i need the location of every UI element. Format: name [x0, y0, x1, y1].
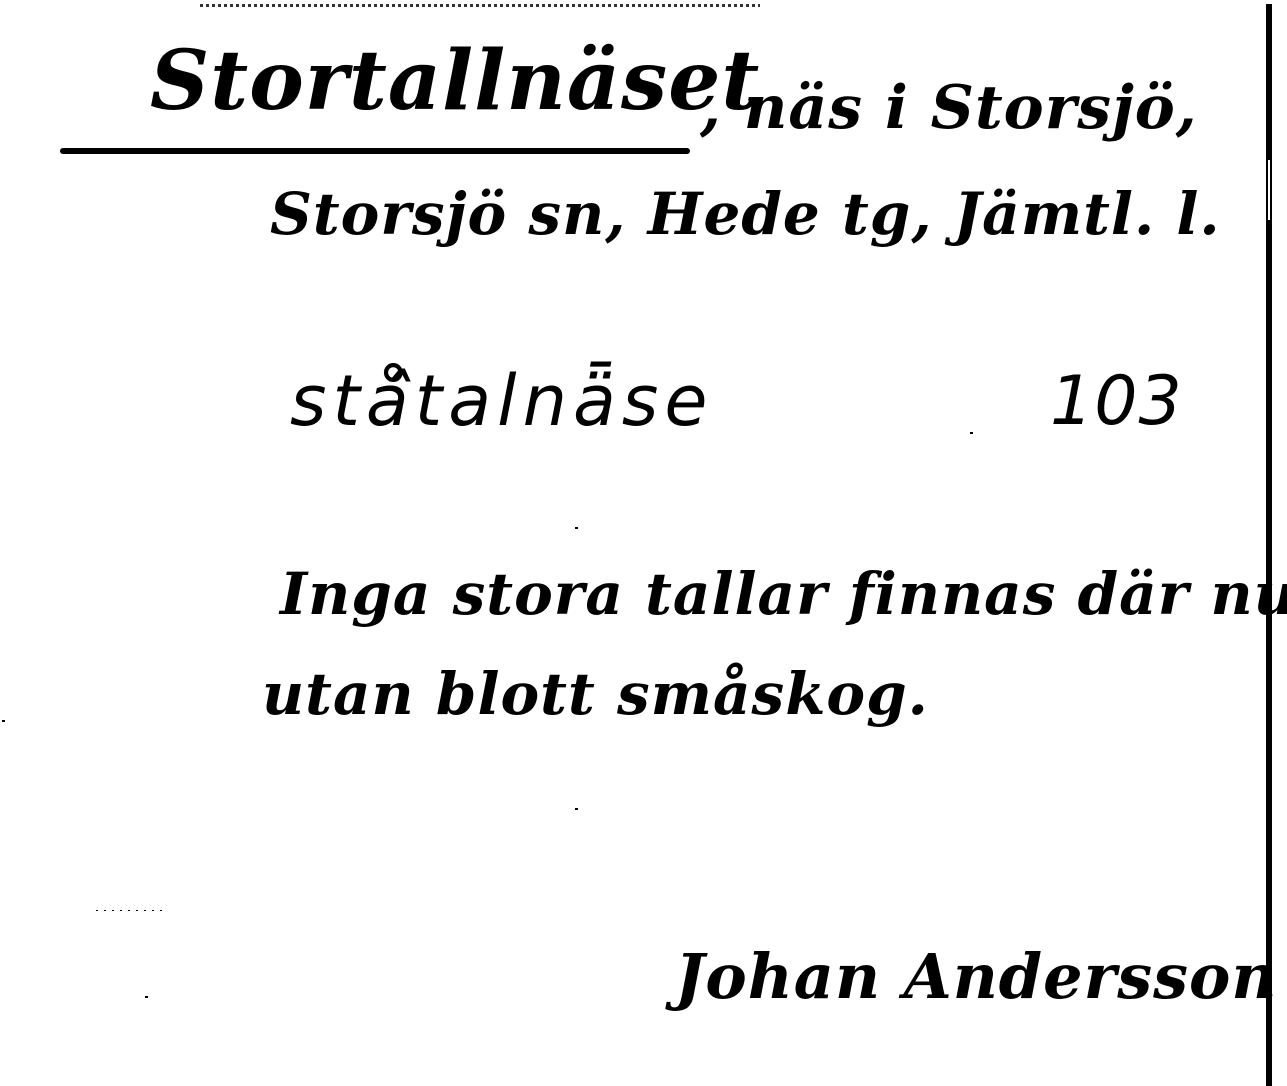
signature: Johan Andersson 1933. — [675, 940, 1287, 1013]
place-name-underline — [60, 148, 690, 154]
place-name-heading: Stortallnäset — [150, 40, 760, 122]
scan-speck — [575, 808, 578, 810]
scan-speck — [970, 432, 973, 434]
scan-speck — [575, 527, 578, 529]
card-number: 103 — [1050, 362, 1183, 441]
heading-location-line1: , näs i Storsjö, — [700, 78, 1198, 138]
note-line-1: Inga stora tallar finnas där nu — [280, 560, 1287, 628]
phonetic-transcription: stå̂talnǟse — [290, 360, 713, 442]
scan-edge-speckle — [200, 4, 760, 7]
index-card: Stortallnäset , näs i Storsjö, Storsjö s… — [0, 0, 1287, 1086]
scan-speck — [145, 996, 148, 998]
note-line-2: utan blott småskog. — [262, 660, 929, 728]
scan-speck — [96, 910, 166, 911]
heading-location-line2: Storsjö sn, Hede tg, Jämtl. l. — [270, 180, 1221, 248]
card-right-border-gap — [1268, 160, 1270, 220]
scan-speck — [2, 720, 5, 722]
signature-name: Johan Andersson — [675, 940, 1278, 1013]
